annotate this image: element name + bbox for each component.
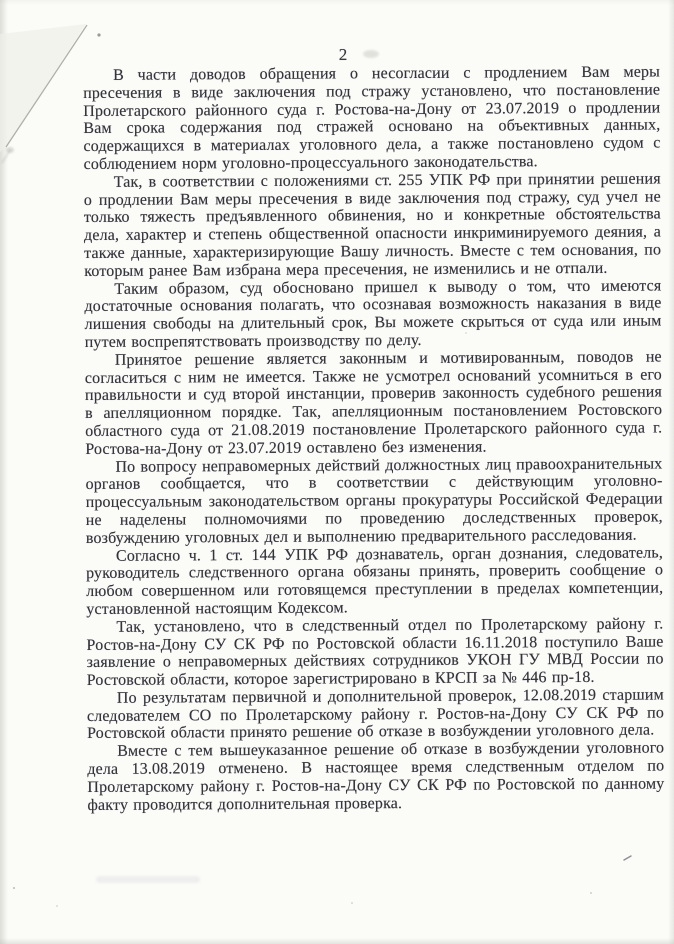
paragraph-complaint-registration: Так, установлено, что в следственный отд… — [86, 615, 663, 690]
speck — [56, 905, 58, 907]
paragraph-decision-cancelled: Вместе с тем вышеуказанное решение об от… — [87, 740, 664, 815]
paragraph-detention-extension: В части доводов обращения о несогласии с… — [83, 63, 661, 173]
paragraph-article-255: Так, в соответствии с положениями ст. 25… — [84, 170, 662, 280]
paragraph-appeal-decision: Принятое решение является законным и мот… — [85, 348, 663, 458]
speck — [13, 887, 15, 889]
paragraph-prosecutor-powers: По вопросу неправомерных действий должно… — [85, 455, 663, 548]
scanned-document-page: 2 В части доводов обращения о несогласии… — [0, 0, 674, 944]
ink-dot — [97, 33, 100, 36]
paragraph-court-conclusion: Таким образом, суд обосновано пришел к в… — [84, 277, 661, 352]
fold-crease-faint — [2, 150, 10, 163]
fold-crease-line — [6, 25, 87, 147]
page-number: 2 — [12, 45, 674, 65]
fold-shadow — [0, 24, 86, 152]
speck — [351, 902, 353, 904]
speck — [590, 892, 592, 894]
pen-tick — [624, 856, 631, 860]
fold-end-smudge — [6, 147, 14, 153]
paragraph-refusal-decision: По результатам первичной и дополнительно… — [87, 686, 664, 743]
document-body: В части доводов обращения о несогласии с… — [83, 63, 665, 814]
bleed-through-ghost-text — [96, 876, 200, 883]
paragraph-article-144: Согласно ч. 1 ст. 144 УПК РФ дознаватель… — [86, 544, 663, 619]
